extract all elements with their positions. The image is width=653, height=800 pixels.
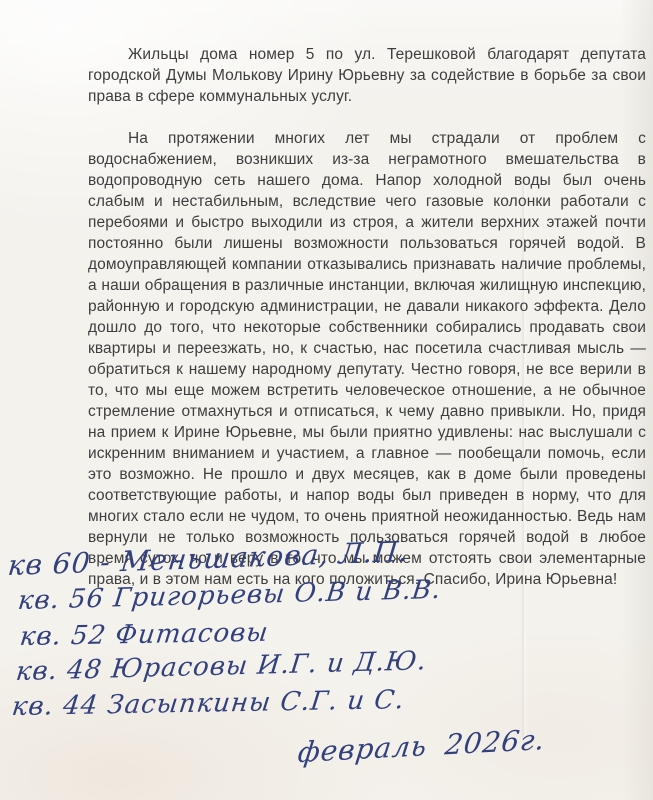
scanned-letter-page: Жильцы дома номер 5 по ул. Терешковой бл… bbox=[0, 0, 653, 800]
signature-line-apt52: кв. 52 Фитасовы bbox=[18, 618, 270, 652]
signature-line-apt44: кв. 44 Засыпкины С.Г. и С. bbox=[10, 685, 406, 722]
handwritten-date: февраль 2026г. bbox=[296, 723, 547, 769]
letter-paragraph-intro: Жильцы дома номер 5 по ул. Терешковой бл… bbox=[88, 44, 646, 107]
letter-paragraph-main: На протяжении многих лет мы страдали от … bbox=[88, 128, 646, 590]
letter-body: Жильцы дома номер 5 по ул. Терешковой бл… bbox=[88, 44, 646, 611]
signature-line-apt48: кв. 48 Юрасовы И.Г. и Д.Ю. bbox=[14, 646, 428, 687]
